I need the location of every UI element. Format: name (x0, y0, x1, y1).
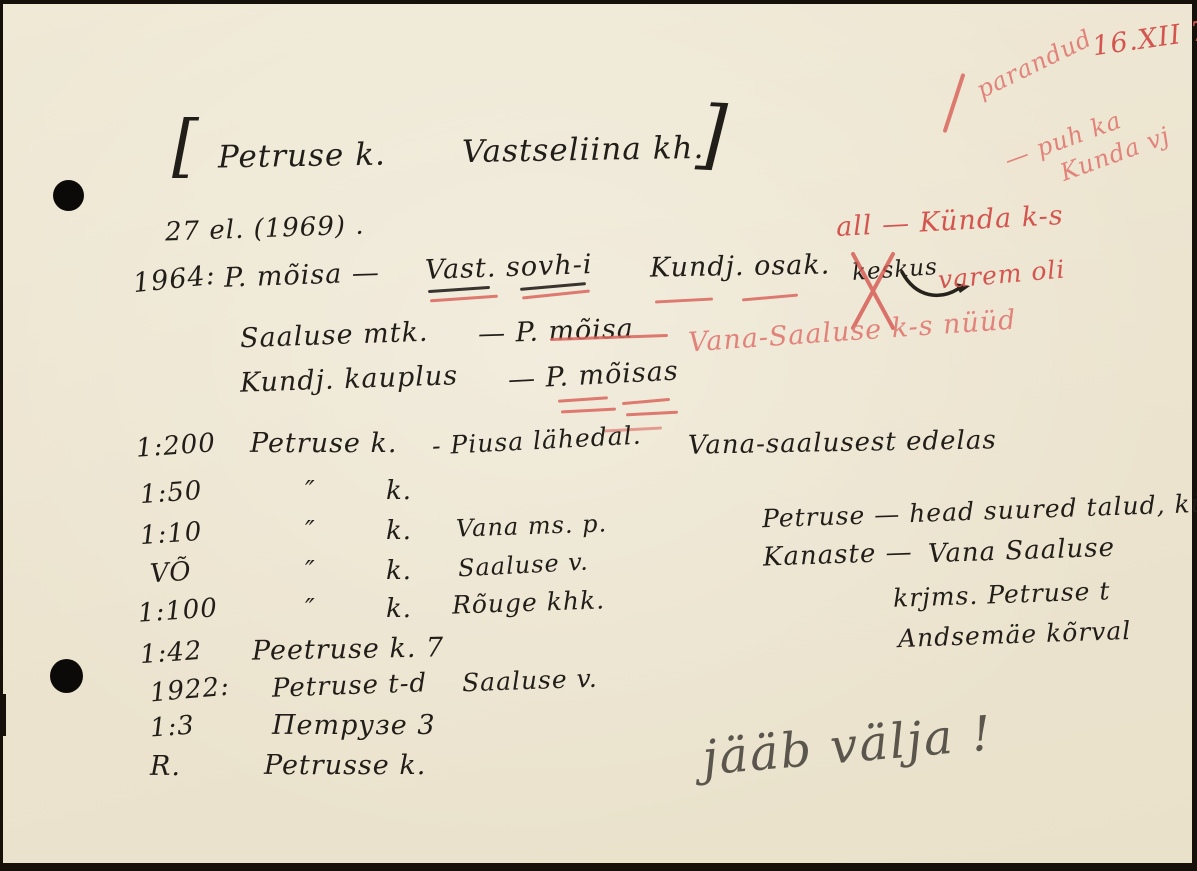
red-slash-mark (943, 73, 966, 133)
year-label: 1964: (132, 262, 217, 299)
scan-edge-bottom (0, 863, 1197, 871)
title-left: Petruse k. (218, 139, 386, 174)
hole-punch-top (53, 180, 84, 211)
list-scale: 1:100 (137, 595, 219, 628)
line-saaluse-right: — P. mõisa (478, 315, 635, 349)
list-mark: k. (386, 478, 412, 505)
right-note-1: Vana-saalusest edelas (688, 427, 997, 460)
red-underline-3 (655, 297, 713, 303)
list-ditto: ″ (305, 478, 316, 505)
list-place: Petruse k. (250, 430, 397, 458)
list-place: Petruse t-d (272, 670, 428, 703)
red-note-corrected: parandud (973, 26, 1096, 103)
list-scale: 1:50 (139, 478, 203, 510)
list-scale: 1:10 (139, 519, 203, 551)
scan-edge-right (1192, 0, 1197, 871)
list-scale: 1:42 (139, 638, 203, 670)
list-mark: k. (386, 558, 412, 585)
title-bracket-close: ] (695, 99, 728, 169)
hole-punch-bottom (50, 659, 83, 693)
year-part2: Vast. sovh-i (425, 251, 593, 285)
right-note-3-right: Vana Saaluse (928, 535, 1116, 569)
black-underline-1 (428, 286, 490, 293)
pencil-note: jääb välja ! (700, 705, 995, 786)
list-extra: Vana ms. p. (456, 511, 608, 541)
list-ditto: ″ (305, 518, 316, 545)
list-place: Petrusse k. (264, 752, 426, 780)
red-double-underline-2a (622, 398, 670, 405)
red-double-underline-1a (558, 396, 608, 402)
line-kauplus-right: — P. mõisas (507, 358, 679, 395)
list-extra: Saaluse v. (457, 550, 589, 582)
right-note-5: Andsemäe kõrval (898, 618, 1132, 652)
list-scale: 1:3 (149, 712, 196, 742)
list-scale: VÕ (149, 559, 192, 589)
red-double-underline-2b (626, 411, 678, 417)
year-part1: P. mõisa — (224, 259, 381, 293)
red-note-corrected-date: 16.XII 71 (1091, 15, 1197, 62)
title-right: Vastseliina kh. (462, 132, 705, 169)
scan-edge-top (0, 0, 1197, 4)
list-place: Peetruse k. 7 (252, 634, 445, 666)
list-extra: Saaluse v. (462, 666, 599, 697)
list-ditto: ″ (305, 558, 316, 585)
red-underline-4 (742, 294, 798, 302)
list-mark: k. (386, 596, 412, 623)
list-scale: 1922: (149, 674, 231, 708)
line-saaluse-left: Saaluse mtk. (240, 319, 429, 354)
title-bracket-open: [ (172, 116, 199, 177)
list-scale: 1:200 (135, 430, 217, 463)
red-note-all-kunda: all — Künda k-s (835, 202, 1064, 242)
right-note-3-left: Kanaste — (763, 539, 913, 572)
list-scale: R. (150, 753, 181, 781)
red-double-underline-1b (561, 408, 616, 414)
list-mark: k. (386, 518, 412, 545)
red-underline-1 (430, 295, 498, 303)
list-extra: Rõuge khk. (452, 587, 606, 619)
date-line: 27 el. (1969) . (165, 213, 365, 247)
red-underline-2 (522, 289, 590, 299)
scanned-note-card: [ Petruse k. Vastseliina kh. ] 27 el. (1… (0, 0, 1197, 871)
list-place: Петрузе 3 (272, 712, 436, 740)
red-note-varem-oli: varem oli (937, 256, 1066, 293)
right-note-4: krjms. Petruse t (893, 578, 1111, 612)
list-extra: - Piusa lähedal. (431, 423, 642, 460)
year-part3: Kundj. osak. (650, 251, 831, 282)
scan-edge-left (0, 0, 3, 871)
list-ditto: ″ (305, 596, 316, 623)
right-note-2: Petruse — head suured talud, küte (762, 490, 1197, 533)
scan-edge-notch (0, 694, 6, 736)
black-underline-2 (520, 282, 586, 290)
line-kauplus-left: Kundj. kauplus (240, 362, 459, 398)
